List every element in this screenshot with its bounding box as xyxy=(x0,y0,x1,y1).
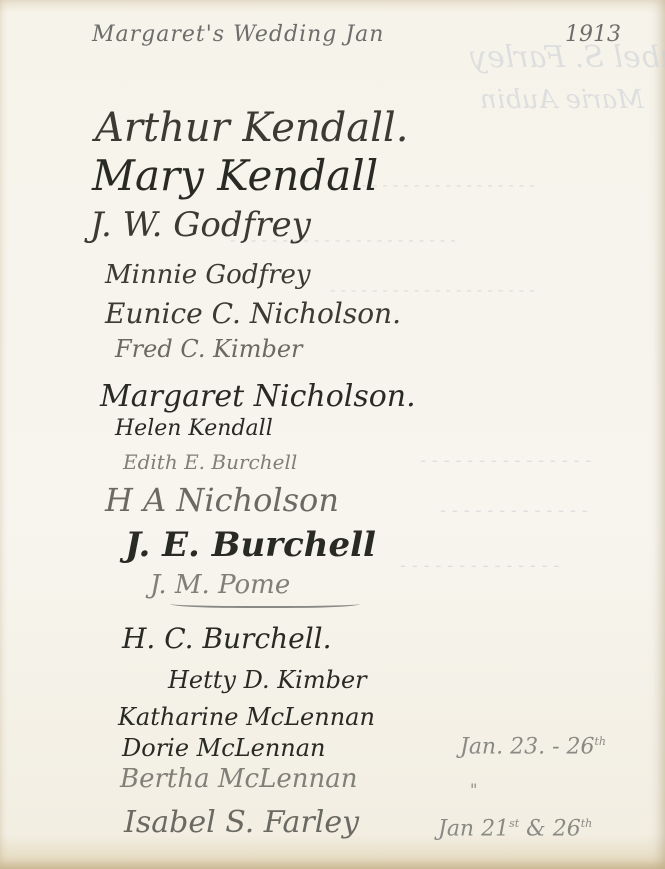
signature: J. W. Godfrey xyxy=(90,208,311,242)
signature: Fred C. Kimber xyxy=(115,337,303,361)
bleed-through-text: - - - - - - - - - - - - - - xyxy=(400,555,560,576)
visit-date-suffix: th xyxy=(595,735,607,748)
signature: H. C. Burchell. xyxy=(122,625,332,653)
guestbook-page: Isabel S. Farley Marie Aubin - - - - - -… xyxy=(0,0,665,869)
bleed-through-text: Marie Aubin xyxy=(480,85,644,115)
bleed-through-text: - - - - - - - - - - - - - xyxy=(440,500,588,521)
page-year: 1913 xyxy=(565,24,621,46)
signature: Helen Kendall xyxy=(115,418,273,440)
signature: J. M. Pome xyxy=(150,572,290,598)
signature: Isabel S. Farley xyxy=(124,808,359,838)
visit-date-text: Jan 21 xyxy=(438,816,509,841)
visit-date-text: Jan. 23. - 26 xyxy=(460,734,595,759)
signature: Bertha McLennan xyxy=(120,766,357,792)
signature: Mary Kendall xyxy=(92,155,378,197)
signature: Arthur Kendall. xyxy=(95,108,408,148)
visit-date: Jan 21st & 26th xyxy=(438,818,592,840)
signature: H A Nicholson xyxy=(105,484,339,516)
visit-date-suffix: st xyxy=(509,817,519,830)
signature: Dorie McLennan xyxy=(122,736,326,760)
signature: J. E. Burchell xyxy=(125,528,376,562)
signature: Hetty D. Kimber xyxy=(168,668,367,692)
page-header: Margaret's Wedding Jan xyxy=(92,24,384,46)
visit-date: Jan. 23. - 26th xyxy=(460,736,606,758)
visit-date-tail-suffix: th xyxy=(581,817,593,830)
bleed-through-text: - - - - - - - - - - - - - - - xyxy=(420,450,591,471)
signature: Minnie Godfrey xyxy=(105,262,311,288)
signature: Eunice C. Nicholson. xyxy=(105,300,401,328)
signature: Katharine McLennan xyxy=(118,705,375,729)
signature-flourish xyxy=(170,598,360,608)
signature: Margaret Nicholson. xyxy=(100,382,416,412)
visit-date-tail: & 26 xyxy=(526,816,581,841)
signature: Edith E. Burchell xyxy=(123,452,297,472)
ditto-mark: " xyxy=(470,782,477,798)
